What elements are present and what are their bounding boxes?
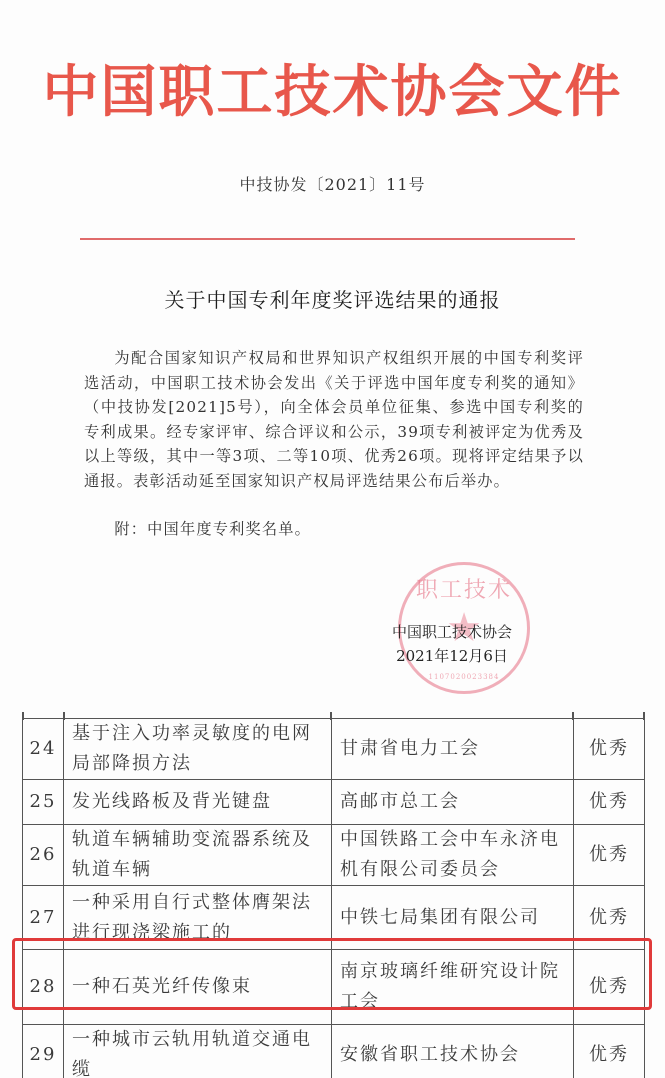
row-number: 29 <box>23 1025 64 1078</box>
award-grade: 优秀 <box>574 950 645 1025</box>
patent-name: 基于注入功率灵敏度的电网局部降损方法 <box>64 719 332 780</box>
award-grade: 优秀 <box>574 886 645 950</box>
row-number: 26 <box>23 825 64 886</box>
table-row: 24 基于注入功率灵敏度的电网局部降损方法 甘肃省电力工会 优秀 <box>23 719 645 780</box>
applicant-org: 南京玻璃纤维研究设计院工会 <box>332 950 574 1025</box>
patent-name: 发光线路板及背光键盘 <box>64 780 332 825</box>
signature-org: 中国职工技术协会 <box>372 620 532 644</box>
row-number: 27 <box>23 886 64 950</box>
applicant-org: 安徽省职工技术协会 <box>332 1025 574 1078</box>
applicant-org: 中国铁路工会中车永济电机有限公司委员会 <box>332 825 574 886</box>
table-row: 27 一种采用自行式整体膺架法进行现浇梁施工的 中铁七局集团有限公司 优秀 <box>23 886 645 950</box>
applicant-org: 中铁七局集团有限公司 <box>332 886 574 950</box>
body-paragraph: 为配合国家知识产权局和世界知识产权组织开展的中国专利奖评选活动，中国职工技术协会… <box>84 346 584 493</box>
applicant-org: 高邮市总工会 <box>332 780 574 825</box>
stamp-code: 1107020023384 <box>401 673 527 681</box>
award-grade: 优秀 <box>574 825 645 886</box>
row-number: 28 <box>23 950 64 1025</box>
award-grade: 优秀 <box>574 1025 645 1078</box>
header-divider <box>80 238 575 240</box>
award-grade: 优秀 <box>574 780 645 825</box>
table-row: 29 一种城市云轨用轨道交通电缆 安徽省职工技术协会 优秀 <box>23 1025 645 1078</box>
body-paragraph-container: 为配合国家知识产权局和世界知识产权组织开展的中国专利奖评选活动，中国职工技术协会… <box>84 346 584 493</box>
patent-name: 轨道车辆辅助变流器系统及轨道车辆 <box>64 825 332 886</box>
table-row-highlighted: 28 一种石英光纤传像束 南京玻璃纤维研究设计院工会 优秀 <box>23 950 645 1025</box>
award-grade: 优秀 <box>574 719 645 780</box>
award-list-table: 24 基于注入功率灵敏度的电网局部降损方法 甘肃省电力工会 优秀 25 发光线路… <box>22 718 645 1078</box>
table-row: 25 发光线路板及背光键盘 高邮市总工会 优秀 <box>23 780 645 825</box>
row-number: 24 <box>23 719 64 780</box>
patent-name: 一种城市云轨用轨道交通电缆 <box>64 1025 332 1078</box>
document-masthead: 中国职工技术协会文件 <box>0 52 665 132</box>
document-title: 关于中国专利年度奖评选结果的通报 <box>0 284 665 313</box>
attachment-note: 附：中国年度专利奖名单。 <box>84 518 311 539</box>
patent-name: 一种采用自行式整体膺架法进行现浇梁施工的 <box>64 886 332 950</box>
row-number: 25 <box>23 780 64 825</box>
patent-name: 一种石英光纤传像束 <box>64 950 332 1025</box>
signature-block: 中国职工技术协会 2021年12月6日 <box>372 620 532 668</box>
table-row: 26 轨道车辆辅助变流器系统及轨道车辆 中国铁路工会中车永济电机有限公司委员会 … <box>23 825 645 886</box>
applicant-org: 甘肃省电力工会 <box>332 719 574 780</box>
document-number: 中技协发〔2021〕11号 <box>0 172 665 195</box>
signature-date: 2021年12月6日 <box>372 644 532 668</box>
stamp-arc-text: 职工技术 <box>401 573 527 604</box>
